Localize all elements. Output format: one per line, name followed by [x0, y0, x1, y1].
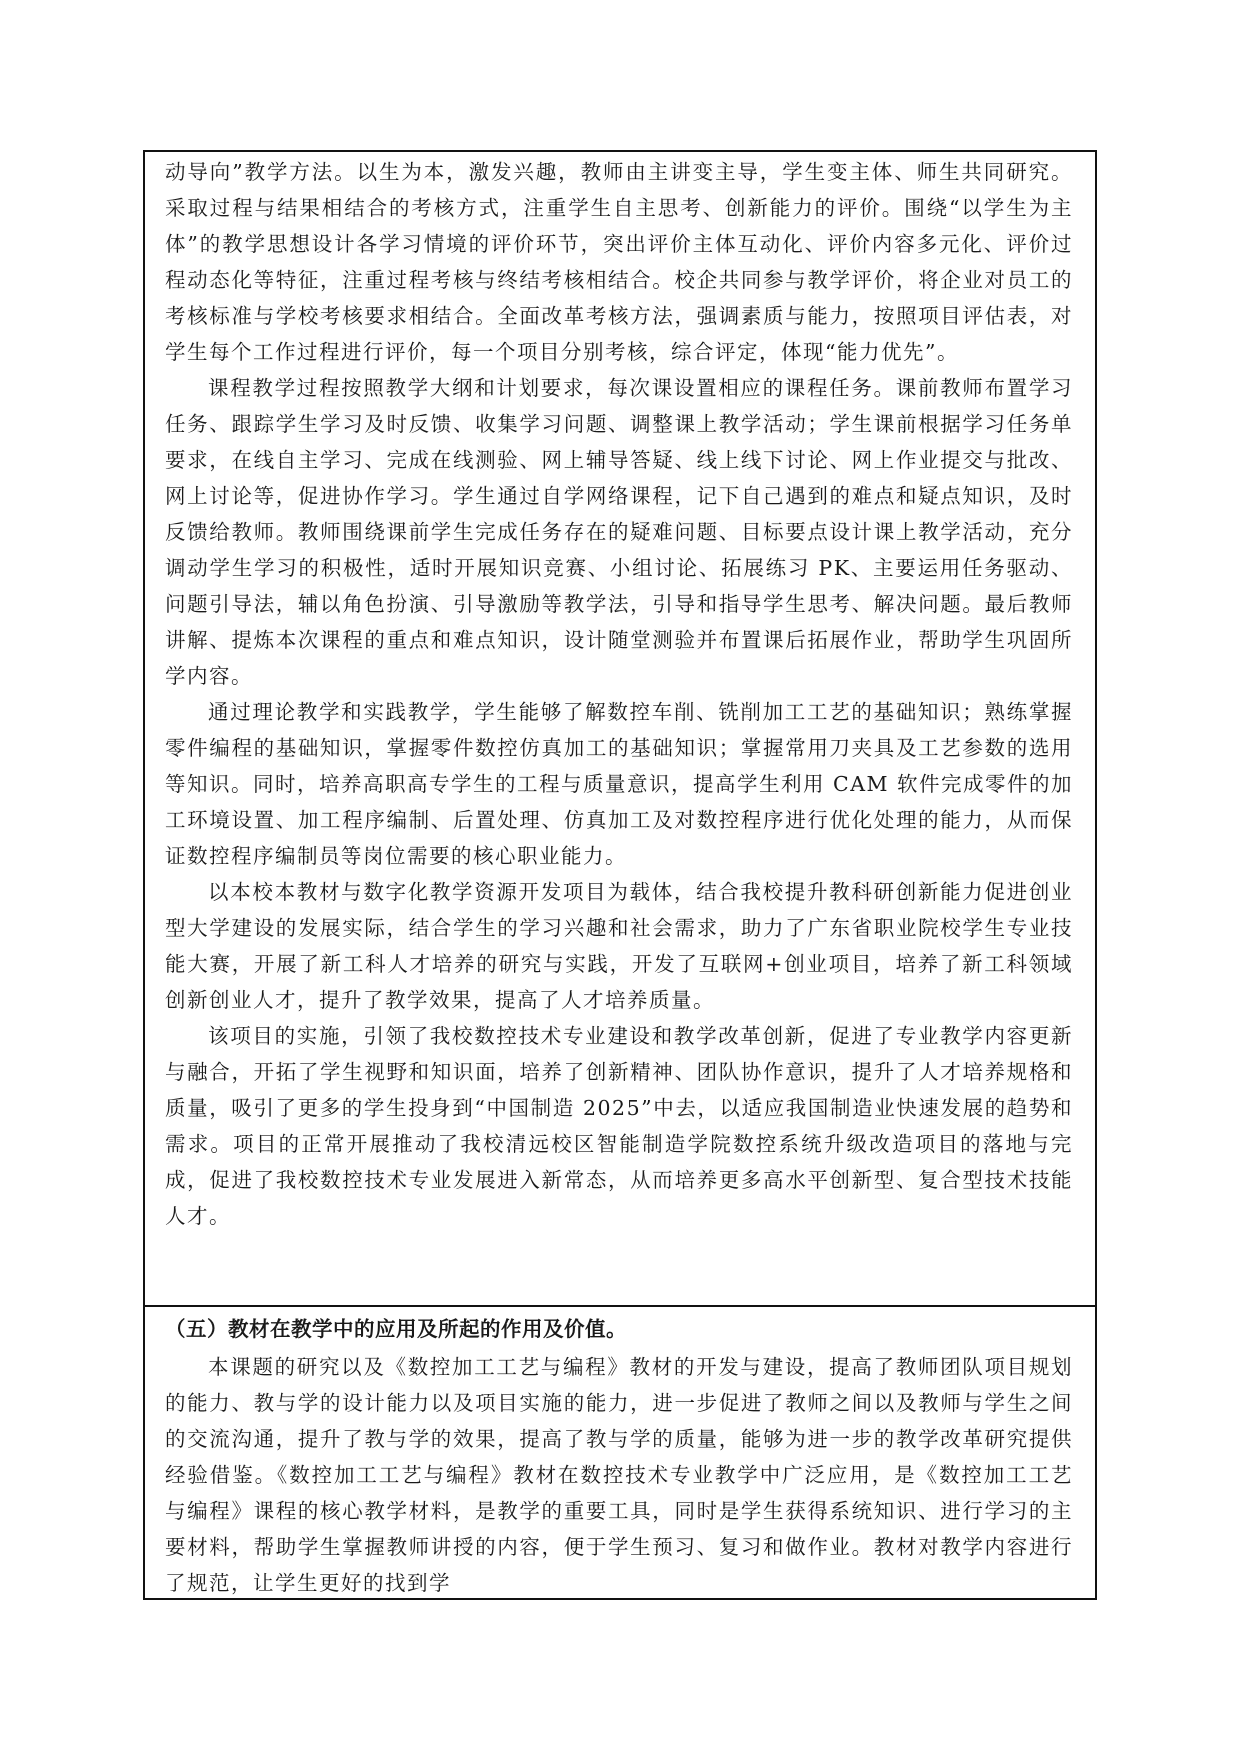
paragraph-textbook-value: 本课题的研究以及《数控加工工艺与编程》教材的开发与建设，提高了教师团队项目规划的…	[165, 1349, 1073, 1598]
paragraph-assessment: 动导向”教学方法。以生为本，激发兴趣，教师由主讲变主导，学生变主体、师生共同研究…	[165, 154, 1073, 370]
paragraph-teaching-process: 课程教学过程按照教学大纲和计划要求，每次课设置相应的课程任务。课前教师布置学习任…	[165, 370, 1073, 694]
paragraph-project-impact: 该项目的实施，引领了我校数控技术专业建设和教学改革创新，促进了专业教学内容更新与…	[165, 1018, 1073, 1234]
section-four-cell: 动导向”教学方法。以生为本，激发兴趣，教师由主讲变主导，学生变主体、师生共同研究…	[145, 152, 1095, 1307]
report-table: 动导向”教学方法。以生为本，激发兴趣，教师由主讲变主导，学生变主体、师生共同研究…	[143, 150, 1097, 1600]
paragraph-learning-outcomes: 通过理论教学和实践教学，学生能够了解数控车削、铣削加工工艺的基础知识；熟练掌握零…	[165, 694, 1073, 874]
paragraph-project-carrier: 以本校本教材与数字化教学资源开发项目为载体，结合我校提升教科研创新能力促进创业型…	[165, 874, 1073, 1018]
section-five-cell: （五）教材在教学中的应用及所起的作用及价值。 本课题的研究以及《数控加工工艺与编…	[145, 1307, 1095, 1598]
section-five-heading: （五）教材在教学中的应用及所起的作用及价值。	[165, 1307, 1073, 1349]
